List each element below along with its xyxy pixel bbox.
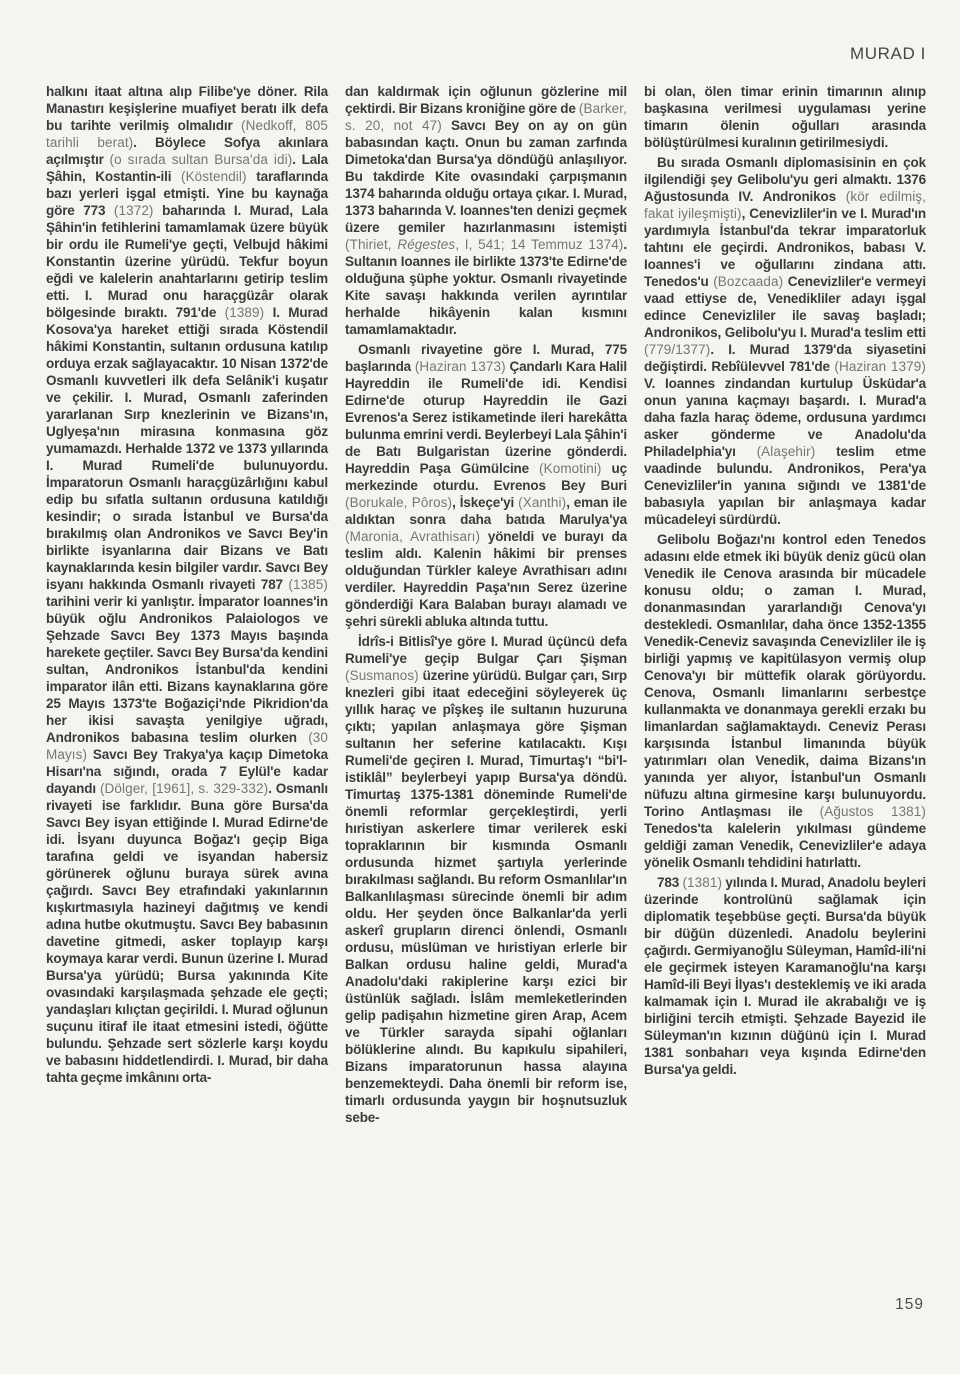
reference-text-run: (Alaşehir): [757, 444, 816, 459]
body-text-run: İdrîs-i Bitlisî'ye göre I. Murad üçüncü …: [345, 634, 627, 666]
body-text-run: , İskeçe'yi: [452, 495, 518, 510]
paragraph: bi olan, ölen timar erinin timarının alı…: [644, 83, 926, 151]
text-column-1: halkını itaat altına alıp Filibe'ye döne…: [46, 83, 328, 1129]
reference-text-run: , I, 541; 14 Temmuz 1374): [455, 237, 623, 252]
paragraph: dan kaldırmak için oğlunun gözlerine mil…: [345, 83, 627, 338]
reference-text-run: (Maronia, Avrathisarı): [345, 529, 480, 544]
reference-text-run: (Xanthi): [518, 495, 566, 510]
reference-text-run: (Susmanos): [345, 668, 419, 683]
running-head: MURAD I: [850, 44, 926, 64]
text-columns: halkını itaat altına alıp Filibe'ye döne…: [46, 83, 926, 1129]
body-text-run: Gelibolu Boğazı'nı kontrol eden Tenedos …: [644, 532, 926, 819]
body-text-run: yöneldi ve burayı da teslim aldı. Kaleni…: [345, 529, 627, 629]
paragraph: İdrîs-i Bitlisî'ye göre I. Murad üçüncü …: [345, 633, 627, 1126]
page-number: 159: [895, 1296, 924, 1314]
paragraph: Osmanlı rivayetine göre I. Murad, 775 ba…: [345, 341, 627, 630]
reference-text-run: (1385): [288, 577, 328, 592]
reference-text-run: (Haziran 1373): [415, 359, 506, 374]
reference-text-run: (o sırada sultan Bursa'da idi): [109, 152, 292, 167]
body-text-run: . Osmanlı rivayeti ise farklıdır. Buna g…: [46, 781, 328, 1085]
paragraph: halkını itaat altına alıp Filibe'ye döne…: [46, 83, 328, 1086]
reference-text-run: (Köstendil): [181, 169, 247, 184]
encyclopedia-page: MURAD I halkını itaat altına alıp Filibe…: [0, 0, 960, 1374]
body-text-run: bi olan, ölen timar erinin timarının alı…: [644, 84, 926, 150]
reference-text-run: (Borukale, Pôros): [345, 495, 452, 510]
reference-text-run: Régestes: [397, 237, 455, 252]
text-column-2: dan kaldırmak için oğlunun gözlerine mil…: [345, 83, 627, 1129]
body-text-run: Çandarlı Kara Halil Hayreddin ile Rumeli…: [345, 359, 627, 476]
body-text-run: Savcı Bey on ay on gün babasından kaçtı.…: [345, 118, 627, 235]
reference-text-run: (1372): [114, 203, 154, 218]
reference-text-run: (Haziran 1379): [834, 359, 926, 374]
reference-text-run: (Thiriet,: [345, 237, 397, 252]
text-column-3: bi olan, ölen timar erinin timarının alı…: [644, 83, 926, 1129]
body-text-run: . Sultanın Ioannes ile birlikte 1373'te …: [345, 237, 627, 337]
body-text-run: üzerine yürüdü. Bulgar çarı, Sırp knezle…: [345, 668, 627, 1125]
body-text-run: I. Murad Kosova'ya hareket ettiği sırada…: [46, 305, 328, 592]
paragraph: 783 (1381) yılında I. Murad, Anadolu bey…: [644, 874, 926, 1078]
body-text-run: tarihini verir ki yanlıştır. İmparator I…: [46, 594, 328, 745]
reference-text-run: (779/1377): [644, 342, 710, 357]
reference-text-run: (Bozcaada): [713, 274, 783, 289]
body-text-run: baharında I. Murad, Lala Şâhin'in fetihl…: [46, 203, 328, 320]
reference-text-run: (Ağustos 1381): [820, 804, 926, 819]
reference-text-run: (1381): [682, 875, 722, 890]
reference-text-run: (Komotini): [539, 461, 602, 476]
body-text-run: 783: [657, 875, 682, 890]
paragraph: Bu sırada Osmanlı diplomasisinin en çok …: [644, 154, 926, 528]
body-text-run: yılında I. Murad, Anadolu beyleri üzerin…: [644, 875, 926, 1077]
reference-text-run: (1389): [225, 305, 265, 320]
body-text-run: Tenedos'ta kalelerin yıkılması gündeme g…: [644, 821, 926, 870]
paragraph: Gelibolu Boğazı'nı kontrol eden Tenedos …: [644, 531, 926, 871]
reference-text-run: (Dölger, [1961], s. 329-332): [100, 781, 268, 796]
